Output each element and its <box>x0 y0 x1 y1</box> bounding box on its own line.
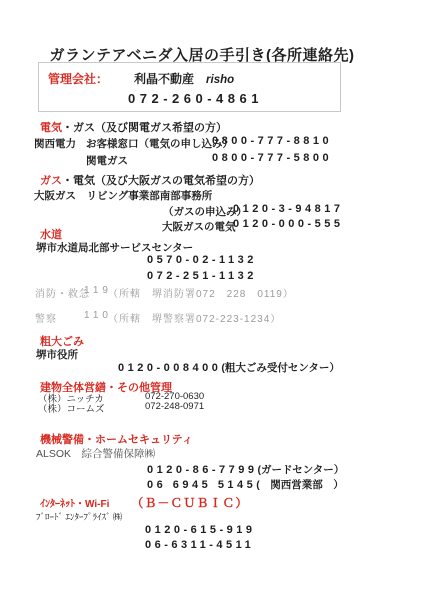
internet-service-name: （Ｂ－ＣＵＢＩＣ） <box>131 496 248 510</box>
security-company: ALSOK 綜合警備保障㈱ <box>36 446 155 461</box>
management-company-romaji: risho <box>206 74 234 86</box>
gas-electric-label: 大阪ガスの電気 <box>162 219 236 234</box>
gas-electric-phone: 0120-000-555 <box>233 218 344 230</box>
security-office-line: 06 6945 5145( 関西営業部 ） <box>147 477 344 492</box>
heading-rest: ・ガス（及び関電ガス希望の方） <box>62 122 227 134</box>
heading-accent: 電気 <box>40 122 62 134</box>
water-phone-local: 072-251-1132 <box>147 270 257 282</box>
security-office-note: ( 関西営業部 ） <box>256 479 344 491</box>
management-row: 管理会社：利晶不動産risho <box>48 70 340 87</box>
fire-label: 消防・救急 <box>35 285 90 300</box>
management-label: 管理会社： <box>48 72 108 86</box>
security-guard-note: (ガードセンター） <box>258 464 345 476</box>
electricity-provider: 関西電力 <box>34 136 76 151</box>
section-heading-gas: ガス・電気（及び大阪ガスの電気希望の方） <box>40 172 260 188</box>
water-phone-navi: 0570-02-1132 <box>147 254 257 266</box>
bulky-waste-phone: 0120-008400 <box>118 362 221 374</box>
water-office: 堺市水道局北部サービスセンター <box>36 240 193 255</box>
bulky-waste-office: 堺市役所 <box>36 347 78 362</box>
internet-phone-office: 06-6311-4511 <box>145 539 254 551</box>
document-page: ガランテアベニダ入居の手引き(各所連絡先) 管理会社：利晶不動産risho 07… <box>0 0 424 600</box>
maintenance-company-name: （株）コームズ <box>38 401 105 415</box>
internet-heading: ｲﾝﾀｰﾈｯﾄ・Wi-Fi <box>40 499 109 510</box>
maintenance-company-phone: 072-248-0971 <box>145 401 204 412</box>
bulky-waste-phone-note: (粗大ごみ受付センター） <box>221 362 340 374</box>
section-heading-internet: ｲﾝﾀｰﾈｯﾄ・Wi-Fi（Ｂ－ＣＵＢＩＣ） <box>40 494 248 511</box>
gas-apply-phone: 0120-3-94817 <box>233 203 344 215</box>
police-detail: （所轄 堺警察署072-223-1234） <box>108 310 281 325</box>
internet-company: ﾌﾞﾛｰﾄﾞ ｴﾝﾀｰﾌﾟﾗｲｽﾞ ㈱ <box>36 510 122 523</box>
management-phone: 072-260-4861 <box>128 91 340 106</box>
heading-rest: ・電気（及び大阪ガスの電気希望の方） <box>62 175 260 187</box>
security-guard-phone: 0120-86-7799 <box>147 464 258 476</box>
kanden-gas-phone: 0800-777-5800 <box>212 152 332 164</box>
police-label: 警察 <box>35 310 57 325</box>
security-guard-line: 0120-86-7799(ガードセンター） <box>147 462 344 477</box>
kanden-gas-label: 関電ガス <box>86 153 128 168</box>
management-company-box: 管理会社：利晶不動産risho 072-260-4861 <box>38 62 341 112</box>
heading-accent: ガス <box>40 175 62 187</box>
fire-detail: （所轄 堺消防署072 228 0119） <box>108 285 294 300</box>
section-heading-security: 機械警備・ホームセキュリティ <box>40 431 193 447</box>
electricity-window-label: お客様窓口（電気の申し込み） <box>86 136 233 151</box>
electricity-window-phone: 0800-777-8810 <box>212 135 332 147</box>
gas-office: 大阪ガス リビング事業部南部事務所 <box>34 188 212 203</box>
internet-phone-free: 0120-615-919 <box>145 524 256 536</box>
management-company-name: 利晶不動産 <box>134 72 194 86</box>
security-office-phone: 06 6945 5145 <box>147 479 256 491</box>
section-heading-electricity: 電気・ガス（及び関電ガス希望の方） <box>40 119 227 135</box>
bulky-waste-phone-line: 0120-008400(粗大ごみ受付センター） <box>118 360 340 375</box>
